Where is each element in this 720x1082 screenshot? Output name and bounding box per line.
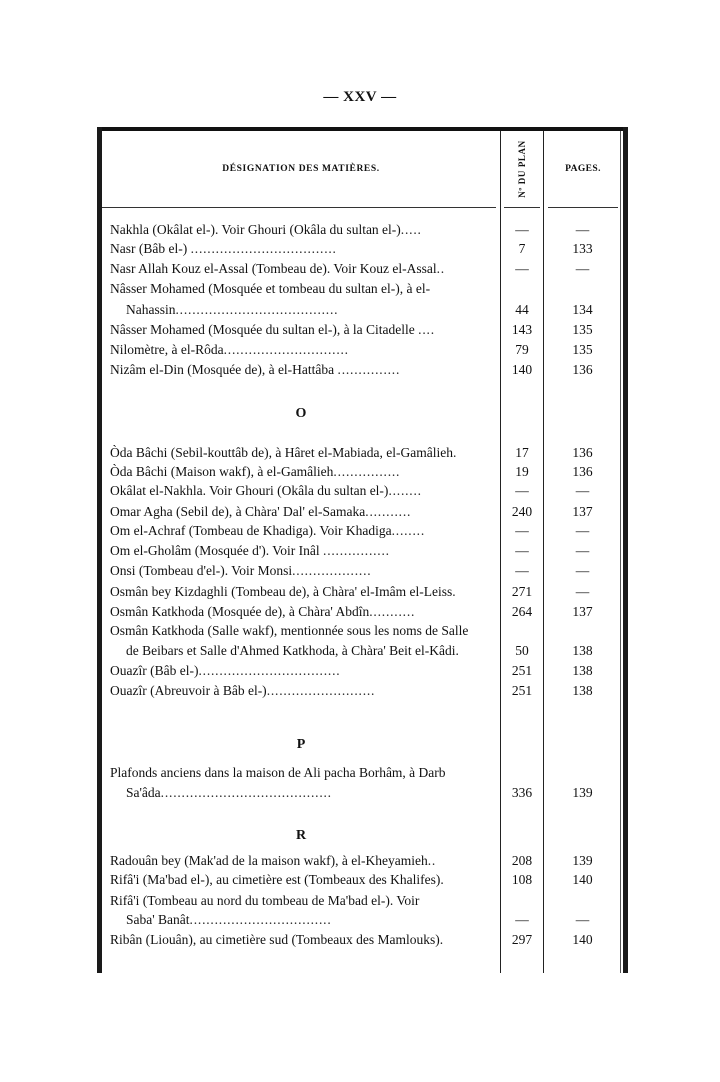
entry-plan: —	[501, 260, 543, 278]
entry-plan: 7	[501, 240, 543, 258]
table-row: Osmân bey Kizdaghli (Tombeau de), à Chàr…	[0, 583, 720, 601]
entry-plan: 251	[501, 682, 543, 700]
table-row: Ouazîr (Bâb el-)........................…	[0, 662, 720, 680]
column-header-designation: DÉSIGNATION DES MATIÈRES.	[102, 164, 500, 174]
header-rule	[548, 207, 618, 208]
entry-designation: Nasr Allah Kouz el-Assal (Tombeau de). V…	[110, 260, 498, 278]
entry-pages: —	[544, 542, 621, 560]
entry-plan: 17	[501, 444, 543, 462]
entry-designation: Òda Bâchi (Sebil-kouttâb de), à Hâret el…	[110, 444, 498, 462]
entry-pages: —	[544, 482, 621, 500]
entry-pages: 137	[544, 503, 621, 521]
table-row-continuation: Saba' Banât.............................…	[0, 911, 720, 929]
entry-pages: 139	[544, 852, 621, 870]
table-row: Rifâ'i (Tombeau au nord du tombeau de Ma…	[0, 892, 720, 910]
entry-plan: 140	[501, 361, 543, 379]
table-row: Nasr (Bâb el-) .........................…	[0, 240, 720, 258]
table-row: Osmân Katkhoda (Salle wakf), mentionnée …	[0, 622, 720, 640]
entry-plan: 336	[501, 784, 543, 802]
entry-designation: Osmân bey Kizdaghli (Tombeau de), à Chàr…	[110, 583, 498, 601]
entry-pages: 138	[544, 682, 621, 700]
table-row-continuation: Sa'âda..................................…	[0, 784, 720, 802]
entry-designation: Om el-Gholâm (Mosquée d'). Voir Inâl ...…	[110, 542, 498, 560]
entry-pages: 135	[544, 321, 621, 339]
column-header-plan: Nº DU PLAN	[502, 134, 542, 204]
entry-plan: —	[501, 542, 543, 560]
entry-pages: —	[544, 522, 621, 540]
table-row: Rifâ'i (Ma'bad el-), au cimetière est (T…	[0, 871, 720, 889]
table-row: Om el-Achraf (Tombeau de Khadiga). Voir …	[0, 522, 720, 540]
entry-designation: Onsi (Tombeau d'el-). Voir Monsi........…	[110, 562, 498, 580]
entry-designation: Nâsser Mohamed (Mosquée du sultan el-), …	[110, 321, 498, 339]
entry-plan: 79	[501, 341, 543, 359]
entry-pages: 133	[544, 240, 621, 258]
header-rule	[102, 207, 496, 208]
table-row: Òda Bâchi (Sebil-kouttâb de), à Hâret el…	[0, 444, 720, 462]
entry-designation: Nilomètre, à el-Rôda....................…	[110, 341, 498, 359]
table-row: Radouân bey (Mak'ad de la maison wakf), …	[0, 852, 720, 870]
entry-pages: 140	[544, 931, 621, 949]
table-row: Okâlat el-Nakhla. Voir Ghouri (Okâla du …	[0, 482, 720, 500]
header-rule	[504, 207, 540, 208]
entry-designation: Ribân (Liouân), au cimetière sud (Tombea…	[110, 931, 498, 949]
entry-designation: Rifâ'i (Ma'bad el-), au cimetière est (T…	[110, 871, 498, 889]
table-row: Òda Bâchi (Maison wakf), à el-Gamâlieh..…	[0, 463, 720, 481]
entry-designation: Rifâ'i (Tombeau au nord du tombeau de Ma…	[110, 892, 498, 910]
entry-plan: —	[501, 911, 543, 929]
entry-pages: 136	[544, 361, 621, 379]
table-row-continuation: de Beibars et Salle d'Ahmed Katkhoda, à …	[0, 642, 720, 660]
table-row-continuation: Nahassin................................…	[0, 301, 720, 319]
entry-plan: 240	[501, 503, 543, 521]
entry-pages: 138	[544, 662, 621, 680]
entry-designation: Ouazîr (Abreuvoir à Bâb el-)............…	[110, 682, 498, 700]
entry-pages: —	[544, 583, 621, 601]
entry-designation: Plafonds anciens dans la maison de Ali p…	[110, 764, 498, 782]
entry-designation: Ouazîr (Bâb el-)........................…	[110, 662, 498, 680]
entry-designation-continuation: Saba' Banât.............................…	[126, 911, 498, 929]
table-row: Nilomètre, à el-Rôda....................…	[0, 341, 720, 359]
entry-plan: 251	[501, 662, 543, 680]
entry-pages: 139	[544, 784, 621, 802]
entry-designation: Radouân bey (Mak'ad de la maison wakf), …	[110, 852, 498, 870]
entry-designation: Nâsser Mohamed (Mosquée et tombeau du su…	[110, 280, 498, 298]
entry-pages: 140	[544, 871, 621, 889]
section-letter: R	[102, 827, 500, 845]
page-number: — XXV —	[0, 89, 720, 106]
table-row: Nakhla (Okâlat el-). Voir Ghouri (Okâla …	[0, 221, 720, 239]
entry-plan: 297	[501, 931, 543, 949]
section-heading: P	[0, 736, 720, 754]
entry-designation: Nizâm el-Din (Mosquée de), à el-Hattâba …	[110, 361, 498, 379]
entry-designation: Okâlat el-Nakhla. Voir Ghouri (Okâla du …	[110, 482, 498, 500]
entry-designation-continuation: Nahassin................................…	[126, 301, 498, 319]
section-heading: R	[0, 827, 720, 845]
section-heading: O	[0, 405, 720, 423]
entry-pages: 136	[544, 463, 621, 481]
table-row: Osmân Katkhoda (Mosquée de), à Chàra' Ab…	[0, 603, 720, 621]
entry-designation: Osmân Katkhoda (Mosquée de), à Chàra' Ab…	[110, 603, 498, 621]
entry-pages: —	[544, 562, 621, 580]
table-row: Nizâm el-Din (Mosquée de), à el-Hattâba …	[0, 361, 720, 379]
table-row: Ribân (Liouân), au cimetière sud (Tombea…	[0, 931, 720, 949]
entry-plan: 143	[501, 321, 543, 339]
entry-pages: —	[544, 260, 621, 278]
table-row: Ouazîr (Abreuvoir à Bâb el-)............…	[0, 682, 720, 700]
entry-designation: Omar Agha (Sebil de), à Chàra' Dal' el-S…	[110, 503, 498, 521]
entry-pages: —	[544, 221, 621, 239]
entry-pages: 134	[544, 301, 621, 319]
entry-designation: Nasr (Bâb el-) .........................…	[110, 240, 498, 258]
entry-plan: —	[501, 522, 543, 540]
table-row: Om el-Gholâm (Mosquée d'). Voir Inâl ...…	[0, 542, 720, 560]
entry-designation: Osmân Katkhoda (Salle wakf), mentionnée …	[110, 622, 498, 640]
entry-plan: 50	[501, 642, 543, 660]
entry-designation-continuation: Sa'âda..................................…	[126, 784, 498, 802]
entry-plan: 264	[501, 603, 543, 621]
entry-pages: 137	[544, 603, 621, 621]
table-row: Omar Agha (Sebil de), à Chàra' Dal' el-S…	[0, 503, 720, 521]
table-row: Onsi (Tombeau d'el-). Voir Monsi........…	[0, 562, 720, 580]
entry-plan: 108	[501, 871, 543, 889]
entry-plan: —	[501, 482, 543, 500]
entry-plan: 271	[501, 583, 543, 601]
table-border-top	[97, 127, 628, 131]
entry-plan: —	[501, 221, 543, 239]
column-header-plan-label: Nº DU PLAN	[517, 140, 527, 197]
entry-plan: —	[501, 562, 543, 580]
table-row: Nâsser Mohamed (Mosquée du sultan el-), …	[0, 321, 720, 339]
entry-designation: Nakhla (Okâlat el-). Voir Ghouri (Okâla …	[110, 221, 498, 239]
entry-pages: —	[544, 911, 621, 929]
entry-pages: 138	[544, 642, 621, 660]
entry-designation-continuation: de Beibars et Salle d'Ahmed Katkhoda, à …	[126, 642, 498, 660]
entry-pages: 135	[544, 341, 621, 359]
entry-designation: Om el-Achraf (Tombeau de Khadiga). Voir …	[110, 522, 498, 540]
table-row: Nasr Allah Kouz el-Assal (Tombeau de). V…	[0, 260, 720, 278]
entry-plan: 208	[501, 852, 543, 870]
entry-plan: 19	[501, 463, 543, 481]
entry-designation: Òda Bâchi (Maison wakf), à el-Gamâlieh..…	[110, 463, 498, 481]
entry-pages: 136	[544, 444, 621, 462]
section-letter: O	[102, 405, 500, 423]
table-row: Plafonds anciens dans la maison de Ali p…	[0, 764, 720, 782]
table-row: Nâsser Mohamed (Mosquée et tombeau du su…	[0, 280, 720, 298]
column-header-pages: PAGES.	[545, 164, 621, 174]
section-letter: P	[102, 736, 500, 754]
entry-plan: 44	[501, 301, 543, 319]
